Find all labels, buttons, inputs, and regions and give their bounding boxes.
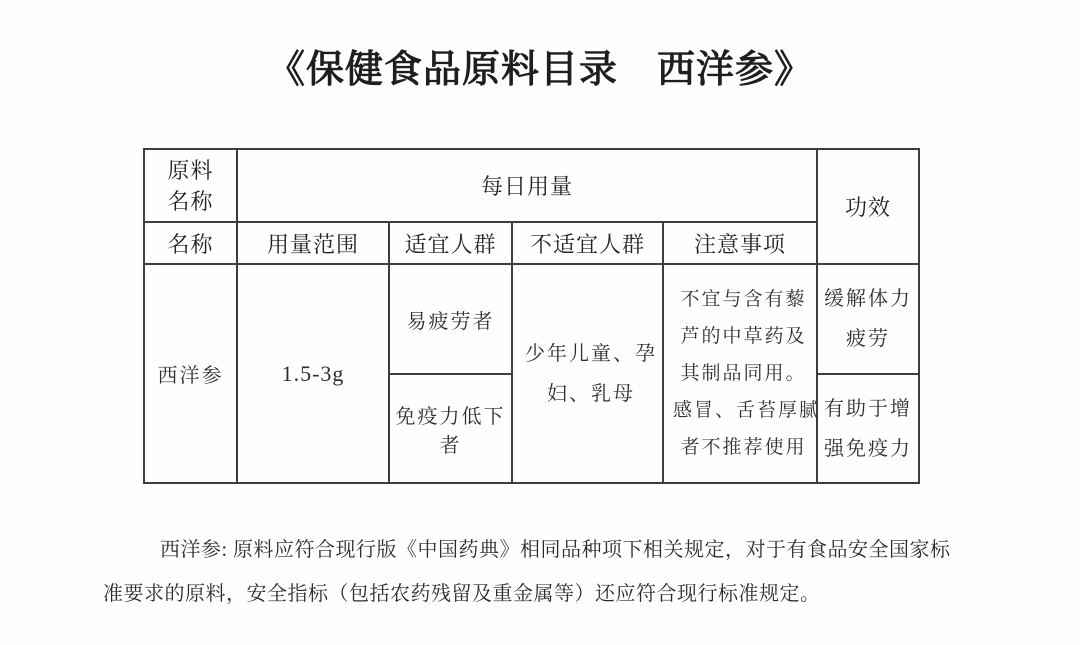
unsuitable-line: 少年儿童、孕: [522, 334, 660, 374]
header-sub-name: 名称: [144, 222, 237, 264]
precaution-line: 其制品同用。: [673, 355, 814, 392]
unsuitable-line: 妇、乳母: [522, 374, 660, 414]
footnote-paragraph: 西洋参: 原料应符合现行版《中国药典》相同品种项下相关规定，对于有食品安全国家标…: [103, 528, 983, 616]
page-title: 《保健食品原料目录 西洋参》: [0, 38, 1080, 93]
cell-efficacy-2: 有助于增 强免疫力: [817, 374, 919, 483]
efficacy-line: 疲劳: [818, 319, 918, 359]
cell-material-name: 西洋参: [144, 264, 237, 483]
header-sub-suitable: 适宜人群: [389, 222, 512, 264]
precaution-line: 者不推荐使用: [673, 429, 814, 466]
efficacy-line: 有助于增: [818, 389, 918, 429]
header-sub-dosage-range: 用量范围: [237, 222, 389, 264]
cell-suitable-group-1: 易疲劳者: [389, 264, 512, 374]
header-material-name-line1: 原料: [145, 155, 236, 186]
header-efficacy: 功效: [817, 149, 919, 264]
footnote-line: 准要求的原料，安全指标（包括农药残留及重金属等）还应符合现行标准规定。: [103, 572, 983, 616]
header-material-name: 原料 名称: [144, 149, 237, 222]
precaution-line: 不宜与含有藜: [673, 281, 814, 318]
header-material-name-line2: 名称: [145, 186, 236, 217]
precaution-line: 芦的中草药及: [673, 318, 814, 355]
header-daily-dosage: 每日用量: [237, 149, 817, 222]
header-sub-precautions: 注意事项: [663, 222, 817, 264]
cell-precautions: 不宜与含有藜 芦的中草药及 其制品同用。 感冒、舌苔厚腻 者不推荐使用: [663, 264, 817, 483]
cell-suitable-group-2: 免疫力低下者: [389, 374, 512, 483]
cell-unsuitable-group: 少年儿童、孕 妇、乳母: [512, 264, 663, 483]
efficacy-line: 强免疫力: [818, 429, 918, 469]
footnote-line: 西洋参: 原料应符合现行版《中国药典》相同品种项下相关规定，对于有食品安全国家标: [103, 528, 983, 572]
catalog-table: 原料 名称 每日用量 功效 名称 用量范围 适宜人群 不适宜人群 注意事项 西洋…: [143, 148, 920, 484]
precaution-line: 感冒、舌苔厚腻: [673, 392, 814, 429]
cell-efficacy-1: 缓解体力 疲劳: [817, 264, 919, 374]
document-page: 《保健食品原料目录 西洋参》 原料 名称 每日用量 功效 名称 用量范围 适宜人…: [0, 0, 1080, 645]
cell-dosage-range: 1.5-3g: [237, 264, 389, 483]
header-sub-unsuitable: 不适宜人群: [512, 222, 663, 264]
efficacy-line: 缓解体力: [818, 279, 918, 319]
